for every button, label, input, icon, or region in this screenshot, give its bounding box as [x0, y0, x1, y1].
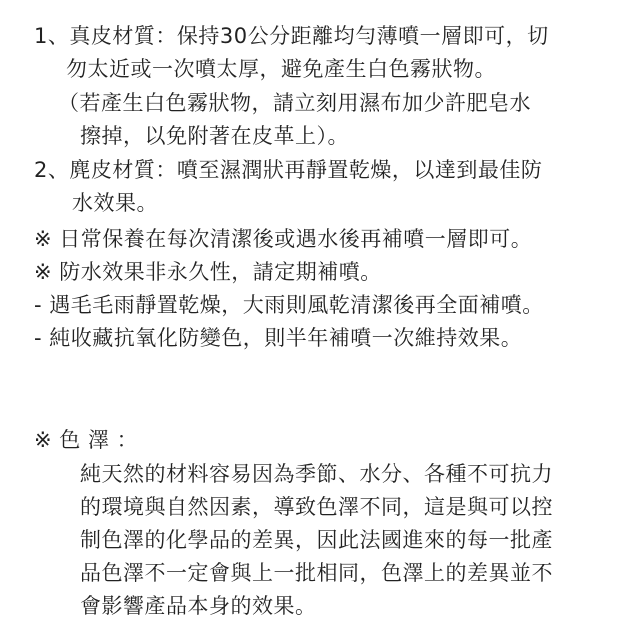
dash-line: - 純收藏抗氧化防變色，則半年補噴一次維持效果。 — [34, 324, 522, 352]
note-line: ※ 防水效果非永久性，請定期補噴。 — [34, 258, 382, 286]
color-line: 品色澤不一定會與上一批相同，色澤上的差異並不 — [80, 559, 553, 587]
color-line: 會影響產品本身的效果。 — [80, 592, 317, 620]
color-line: 純天然的材料容易因為季節、水分、各種不可抗力 — [80, 460, 553, 488]
item1-line3: （若產生白色霧狀物，請立刻用濕布加少許肥皂水 — [58, 89, 531, 117]
dash-line: - 遇毛毛雨靜置乾燥，大雨則風乾清潔後再全面補噴。 — [34, 291, 544, 319]
item2-line2: 水效果。 — [72, 189, 158, 217]
color-heading: ※ 色 澤 ： — [34, 426, 138, 454]
color-line: 制色澤的化學品的差異，因此法國進來的每一批產 — [80, 526, 553, 554]
item1-line4: 擦掉，以免附著在皮革上）。 — [80, 122, 349, 150]
item1-line2: 勿太近或一次噴太厚，避免產生白色霧狀物。 — [66, 55, 496, 83]
note-line: ※ 日常保養在每次清潔後或遇水後再補噴一層即可。 — [34, 225, 532, 253]
item1-line1: 1、真皮材質：保持30公分距離均勻薄噴一層即可，切 — [34, 22, 549, 50]
item2-line1: 2、麂皮材質：噴至濕潤狀再靜置乾燥，以達到最佳防 — [34, 156, 542, 184]
color-line: 的環境與自然因素，導致色澤不同，這是與可以控 — [80, 493, 553, 521]
